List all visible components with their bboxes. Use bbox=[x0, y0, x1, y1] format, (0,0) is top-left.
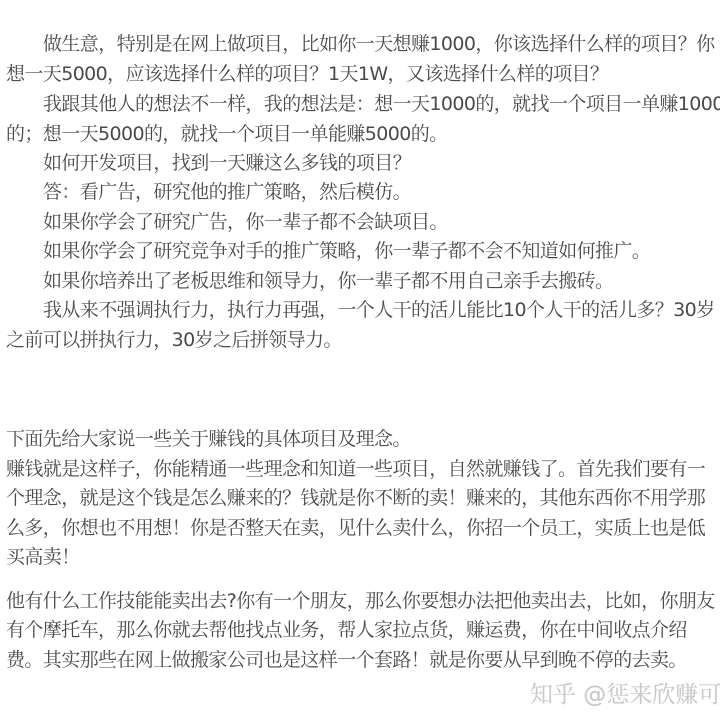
paragraph-line: 想一天5000，应该选择什么样的项目？1天1W，又该选择什么样的项目？ bbox=[6, 63, 608, 85]
paragraph-line: 我跟其他人的想法不一样，我的想法是：想一天1000的，就找一个项目一单赚1000 bbox=[43, 93, 720, 115]
paragraph-line: 如何开发项目，找到一天赚这么多钱的项目？ bbox=[43, 152, 411, 174]
paragraph-line: 赚钱就是这样子，你能精通一些理念和知道一些项目，自然就赚钱了。首先我们要有一 bbox=[6, 458, 705, 480]
paragraph-line: 费。其实那些在网上做搬家公司也是这样一个套路！就是你要从早到晚不停的去卖。 bbox=[6, 649, 687, 671]
zhihu-watermark: 知乎 @惩来欣赚可 bbox=[530, 676, 720, 709]
paragraph-line: 如果你培养出了老板思维和领导力，你一辈子都不用自己亲手去搬砖。 bbox=[43, 270, 613, 292]
paragraph-line: 答：看广告，研究他的推广策略，然后模仿。 bbox=[43, 181, 411, 203]
paragraph-line: 如果你学会了研究广告，你一辈子都不会缺项目。 bbox=[43, 211, 448, 233]
paragraph-line: 么多，你想也不用想！你是否整天在卖，见什么卖什么，你招一个员工，实质上也是低 bbox=[6, 517, 705, 539]
paragraph-line: 之前可以拼执行力，30岁之后拼领导力。 bbox=[6, 329, 342, 351]
paragraph-line: 他有什么工作技能能卖出去?你有一个朋友，那么你要想办法把他卖出去，比如，你朋友 bbox=[6, 590, 715, 612]
paragraph-line: 的；想一天5000的，就找一个项目一单能赚5000的。 bbox=[6, 123, 448, 145]
paragraph-line: 做生意，特别是在网上做项目，比如你一天想赚1000，你该选择什么样的项目？你 bbox=[43, 33, 715, 55]
paragraph-line: 个理念，就是这个钱是怎么赚来的？钱就是你不断的卖！赚来的，其他东西你不用学那 bbox=[6, 487, 705, 509]
paragraph-line: 有个摩托车，那么你就去帮他找点业务，帮人家拉点货，赚运费，你在中间收点介绍 bbox=[6, 619, 687, 641]
paragraph-line: 下面先给大家说一些关于赚钱的具体项目及理念。 bbox=[6, 428, 411, 450]
paragraph-line: 如果你学会了研究竞争对手的推广策略，你一辈子都不会不知道如何推广。 bbox=[43, 240, 650, 262]
paragraph-line: 我从来不强调执行力，执行力再强，一个人干的活儿能比10个人干的活儿多？30岁 bbox=[43, 299, 715, 321]
paragraph-line: 买高卖！ bbox=[6, 546, 80, 568]
